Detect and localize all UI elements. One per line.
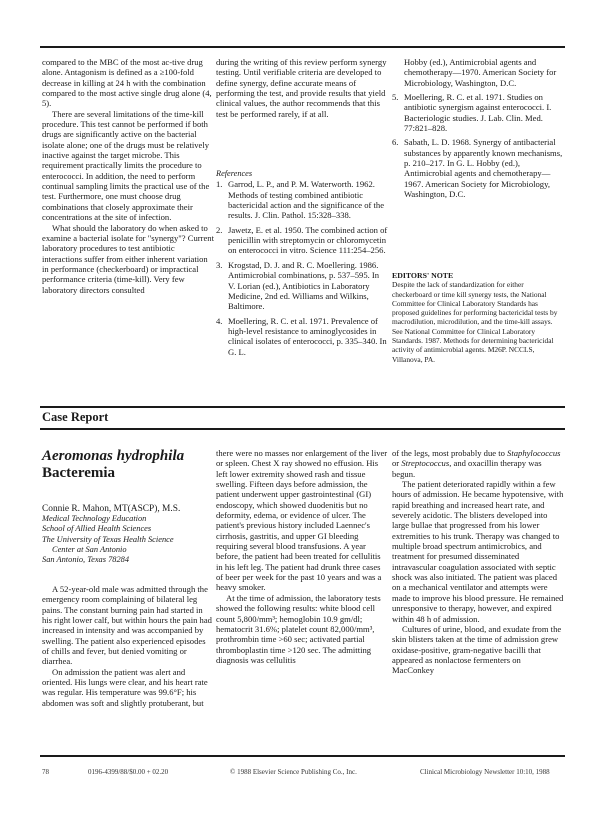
reference-list: Hobby (ed.), Antimicrobial agents and ch…	[392, 57, 564, 199]
paragraph: there were no masses nor enlargement of …	[216, 448, 388, 593]
reference-continuation: Hobby (ed.), Antimicrobial agents and ch…	[392, 57, 564, 88]
affiliation-line: The University of Texas Health Science	[42, 535, 214, 545]
editors-note-title: EDITORS' NOTE	[392, 271, 564, 280]
affiliation-line: San Antonio, Texas 78284	[42, 555, 214, 565]
paragraph: during the writing of this review perfor…	[216, 57, 388, 119]
reference-item: 3.Krogstad, D. J. and R. C. Moellering. …	[216, 260, 388, 312]
affiliation-line: Medical Technology Education	[42, 514, 214, 524]
copyright: © 1988 Elsevier Science Publishing Co., …	[230, 768, 357, 776]
references-heading: References	[216, 169, 388, 179]
organism-name: Staphylococcus	[507, 448, 560, 458]
article-column-2: there were no masses nor enlargement of …	[216, 448, 388, 665]
section-rule-bottom	[40, 428, 565, 430]
reference-item: 4.Moellering, R. C. et al. 1971. Prevale…	[216, 316, 388, 357]
article-column-3: of the legs, most probably due to Staphy…	[392, 448, 564, 676]
journal-citation: Clinical Microbiology Newsletter 10:10, …	[420, 768, 550, 776]
top-rule	[40, 46, 565, 48]
reference-item: 1.Garrod, L. P., and P. M. Waterworth. 1…	[216, 179, 388, 220]
paragraph: compared to the MBC of the most ac-tive …	[42, 57, 214, 109]
upper-column-1: compared to the MBC of the most ac-tive …	[42, 57, 214, 295]
reference-item: 2.Jawetz, E. et al. 1950. The combined a…	[216, 225, 388, 256]
author-block: Connie R. Mahon, MT(ASCP), M.S. Medical …	[42, 504, 214, 565]
editors-note-body: Despite the lack of standardization for …	[392, 280, 564, 364]
article-column-1: A 52-year-old male was admitted through …	[42, 584, 214, 708]
publication-code: 0196-4399/88/$0.00 + 02.20	[88, 768, 168, 776]
paragraph: Cultures of urine, blood, and exudate fr…	[392, 624, 564, 676]
organism-name: Streptococcus	[401, 458, 449, 468]
reference-item: 6.Sabath, L. D. 1968. Synergy of antibac…	[392, 137, 564, 199]
affiliation-line: Center at San Antonio	[42, 545, 214, 555]
upper-column-3: Hobby (ed.), Antimicrobial agents and ch…	[392, 57, 564, 203]
reference-item: 5.Moellering, R. C. et al. 1971. Studies…	[392, 92, 564, 133]
upper-column-2: during the writing of this review perfor…	[216, 57, 388, 361]
paragraph: On admission the patient was alert and o…	[42, 667, 214, 708]
reference-list: 1.Garrod, L. P., and P. M. Waterworth. 1…	[216, 179, 388, 357]
section-label: Case Report	[42, 410, 108, 425]
bottom-rule	[40, 755, 565, 757]
paragraph: of the legs, most probably due to Staphy…	[392, 448, 564, 479]
article-title-organism: Aeromonas hydrophila	[42, 448, 212, 465]
section-rule-top	[40, 406, 565, 408]
paragraph: A 52-year-old male was admitted through …	[42, 584, 214, 667]
paragraph: The patient deteriorated rapidly within …	[392, 479, 564, 624]
article-title-condition: Bacteremia	[42, 465, 212, 482]
paragraph: At the time of admission, the laboratory…	[216, 593, 388, 665]
affiliation-line: School of Allied Health Sciences	[42, 524, 214, 534]
editors-note: EDITORS' NOTE Despite the lack of standa…	[392, 271, 564, 364]
article-title: Aeromonas hydrophila Bacteremia	[42, 448, 212, 482]
paragraph: There are several limitations of the tim…	[42, 109, 214, 223]
page-number: 78	[42, 768, 49, 776]
paragraph: What should the laboratory do when asked…	[42, 223, 214, 295]
author-name: Connie R. Mahon, MT(ASCP), M.S.	[42, 504, 214, 514]
